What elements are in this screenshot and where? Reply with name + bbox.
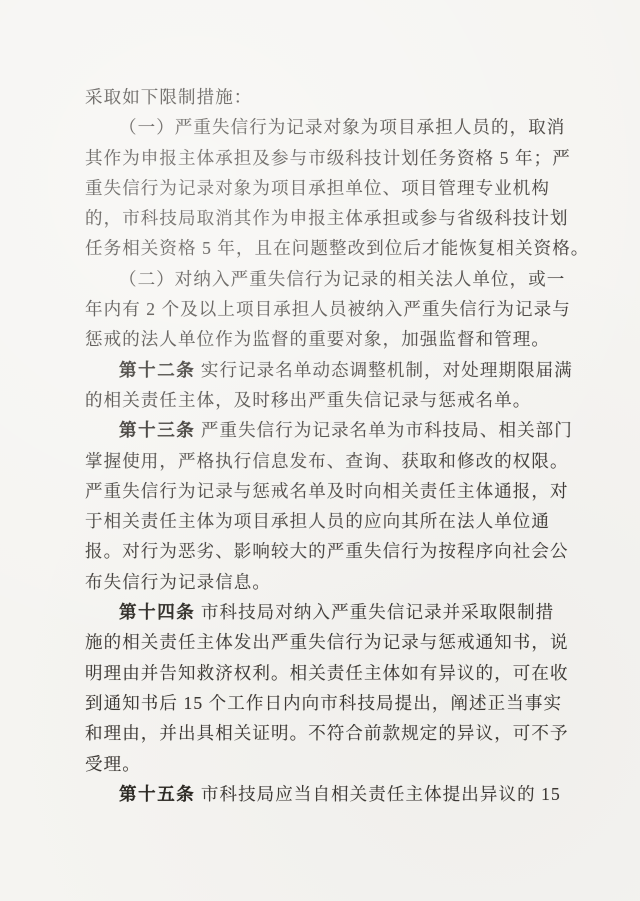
line-text: （二）对纳入严重失信行为记录的相关法人单位，或一 [119, 269, 565, 289]
line-text: 明理由并告知救济权利。相关责任主体如有异议的，可在收 [85, 663, 569, 683]
text-line: 任务相关资格 5 年，且在问题整改到位后才能恢复相关资格。 [85, 233, 559, 263]
text-line: 第十二条 实行记录名单动态调整机制，对处理期限届满 [85, 355, 559, 385]
line-text: 布失信行为记录信息。 [85, 572, 271, 592]
line-text: 报。对行为恶劣、影响较大的严重失信行为按程序向社会公 [85, 541, 569, 561]
line-text: 受理。 [85, 754, 141, 774]
text-line: 报。对行为恶劣、影响较大的严重失信行为按程序向社会公 [85, 536, 559, 566]
line-text: 市科技局应当自相关责任主体提出异议的 15 [195, 784, 560, 804]
line-text: 采取如下限制措施： [85, 87, 252, 107]
text-line: 布失信行为记录信息。 [85, 567, 559, 597]
line-text: 重失信行为记录对象为项目承担单位、项目管理专业机构 [85, 178, 550, 198]
text-line: （二）对纳入严重失信行为记录的相关法人单位，或一 [85, 264, 559, 294]
line-text: 和理由，并出具相关证明。不符合前款规定的异议，可不予 [85, 723, 569, 743]
line-text: 掌握使用，严格执行信息发布、查询、获取和修改的权限。 [85, 451, 569, 471]
text-line: 采取如下限制措施： [85, 82, 559, 112]
text-line: 惩戒的法人单位作为监督的重要对象，加强监督和管理。 [85, 324, 559, 354]
line-text: 任务相关资格 5 年，且在问题整改到位后才能恢复相关资格。 [85, 238, 589, 258]
text-line: 于相关责任主体为项目承担人员的应向其所在法人单位通 [85, 506, 559, 536]
article-number-heading: 第十三条 [119, 420, 195, 440]
line-text: 惩戒的法人单位作为监督的重要对象，加强监督和管理。 [85, 329, 550, 349]
article-number-heading: 第十二条 [119, 360, 195, 380]
line-text: 于相关责任主体为项目承担人员的应向其所在法人单位通 [85, 511, 550, 531]
text-line: 的，市科技局取消其作为申报主体承担或参与省级科技计划 [85, 203, 559, 233]
text-line: 受理。 [85, 749, 559, 779]
line-text: 的相关责任主体，及时移出严重失信记录与惩戒名单。 [85, 390, 531, 410]
line-text: 到通知书后 15 个工作日内向市科技局提出，阐述正当事实 [85, 693, 562, 713]
text-line: 严重失信行为记录与惩戒名单及时向相关责任主体通报，对 [85, 476, 559, 506]
text-line: 第十四条 市科技局对纳入严重失信记录并采取限制措 [85, 597, 559, 627]
text-line: 明理由并告知救济权利。相关责任主体如有异议的，可在收 [85, 658, 559, 688]
line-text: 严重失信行为记录名单为市科技局、相关部门 [195, 420, 572, 440]
text-line: 重失信行为记录对象为项目承担单位、项目管理专业机构 [85, 173, 559, 203]
text-line: 和理由，并出具相关证明。不符合前款规定的异议，可不予 [85, 718, 559, 748]
line-text: 其作为申报主体承担及参与市级科技计划任务资格 5 年；严 [85, 148, 571, 168]
text-line: 到通知书后 15 个工作日内向市科技局提出，阐述正当事实 [85, 688, 559, 718]
text-line: 第十五条 市科技局应当自相关责任主体提出异议的 15 [85, 779, 559, 809]
text-line: 掌握使用，严格执行信息发布、查询、获取和修改的权限。 [85, 446, 559, 476]
line-text: （一）严重失信行为记录对象为项目承担人员的，取消 [119, 117, 565, 137]
text-line: （一）严重失信行为记录对象为项目承担人员的，取消 [85, 112, 559, 142]
line-text: 市科技局对纳入严重失信记录并采取限制措 [195, 602, 554, 622]
article-number-heading: 第十四条 [119, 602, 195, 622]
line-text: 实行记录名单动态调整机制，对处理期限届满 [195, 360, 572, 380]
text-line: 的相关责任主体，及时移出严重失信记录与惩戒名单。 [85, 385, 559, 415]
line-text: 的，市科技局取消其作为申报主体承担或参与省级科技计划 [85, 208, 569, 228]
document-body: 采取如下限制措施：（一）严重失信行为记录对象为项目承担人员的，取消其作为申报主体… [85, 82, 559, 809]
text-line: 施的相关责任主体发出严重失信行为记录与惩戒通知书，说 [85, 627, 559, 657]
line-text: 严重失信行为记录与惩戒名单及时向相关责任主体通报，对 [85, 481, 569, 501]
line-text: 年内有 2 个及以上项目承担人员被纳入严重失信行为记录与 [85, 299, 571, 319]
scanned-document-page: 采取如下限制措施：（一）严重失信行为记录对象为项目承担人员的，取消其作为申报主体… [0, 0, 640, 901]
line-text: 施的相关责任主体发出严重失信行为记录与惩戒通知书，说 [85, 632, 569, 652]
text-line: 年内有 2 个及以上项目承担人员被纳入严重失信行为记录与 [85, 294, 559, 324]
text-line: 第十三条 严重失信行为记录名单为市科技局、相关部门 [85, 415, 559, 445]
text-line: 其作为申报主体承担及参与市级科技计划任务资格 5 年；严 [85, 143, 559, 173]
article-number-heading: 第十五条 [119, 784, 195, 804]
